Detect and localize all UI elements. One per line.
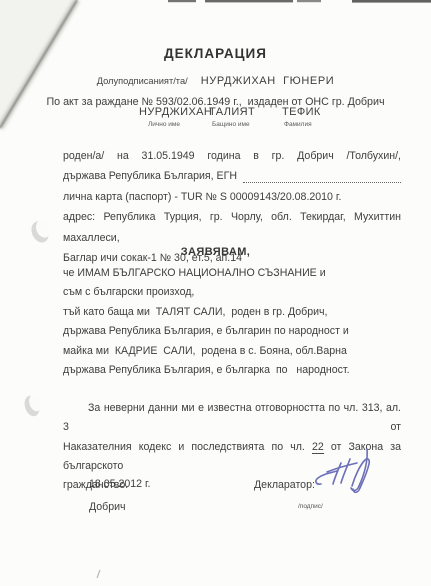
bottom-speck — [97, 570, 100, 578]
document-title: ДЕКЛАРАЦИЯ — [0, 46, 431, 61]
id-card-line: лична карта (паспорт) - TUR № S 00009143… — [63, 187, 401, 207]
middle-name-label: Бащино име — [212, 121, 250, 128]
dotted-leader — [243, 182, 401, 183]
intro-line: Долуподписаният/та/ НУРДЖИХАН ГЮНЕРИ — [0, 75, 431, 87]
declaration-line: майка ми КАДРИЕ САЛИ, родена в с. Бояна,… — [63, 342, 401, 361]
declaration-line: държава Република България, е българка п… — [63, 361, 401, 380]
declaration-line: съм с български произход, — [63, 283, 401, 302]
egn-line: държава Република България, ЕГН — [63, 166, 401, 186]
article-22-underlined: 22 — [312, 441, 324, 454]
page-corner-fold — [0, 0, 77, 128]
declarant-full-name: НУРДЖИХАН ГЮНЕРИ — [201, 75, 335, 87]
last-name-label: Фамилия — [284, 121, 312, 128]
first-name-label: Лично име — [148, 121, 180, 128]
declaration-line: че ИМАМ БЪЛГАРСКО НАЦИОНАЛНО СЪЗНАНИЕ и — [63, 264, 401, 283]
liability-line-2-pre: Наказателния кодекс и последствията по ч… — [63, 441, 312, 453]
declaration-statements-block: че ИМАМ БЪЛГАРСКО НАЦИОНАЛНО СЪЗНАНИЕ и … — [63, 264, 401, 380]
liability-line-1: За неверни данни ми е известна отговорно… — [63, 399, 401, 438]
born-line: роден/а/ на 31.05.1949 година в гр. Добр… — [63, 146, 401, 166]
middle-name-value: ТАЛИЯТ — [209, 106, 255, 118]
signature-caption: /подпис/ — [298, 503, 323, 510]
declaration-line: тъй като баща ми ТАЛЯТ САЛИ, роден в гр.… — [63, 303, 401, 322]
scanned-declaration-page: ДЕКЛАРАЦИЯ Долуподписаният/та/ НУРДЖИХАН… — [0, 0, 431, 586]
hole-punch-mark-top — [28, 218, 52, 245]
date-value: 18.05.2012 г. — [89, 478, 150, 490]
first-name-value: НУРДЖИХАН — [139, 106, 212, 118]
address-line-1: адрес: Република Турция, гр. Чорлу, обл.… — [63, 207, 401, 248]
scanner-edge-artifacts — [168, 0, 431, 3]
hole-punch-mark-bottom — [22, 393, 43, 418]
city-value: Добрич — [89, 501, 126, 513]
declarator-label: Декларатор: — [254, 479, 315, 491]
liability-line-2: Наказателния кодекс и последствията по ч… — [63, 438, 401, 477]
last-name-value: ТЕФИК — [282, 106, 321, 118]
declare-heading: ЗАЯВЯВАМ, — [0, 246, 431, 258]
undersigned-label: Долуподписаният/та/ — [97, 76, 188, 86]
declaration-line: държава Република България, е българин п… — [63, 322, 401, 341]
egn-line-text: държава Република България, ЕГН — [63, 166, 237, 186]
